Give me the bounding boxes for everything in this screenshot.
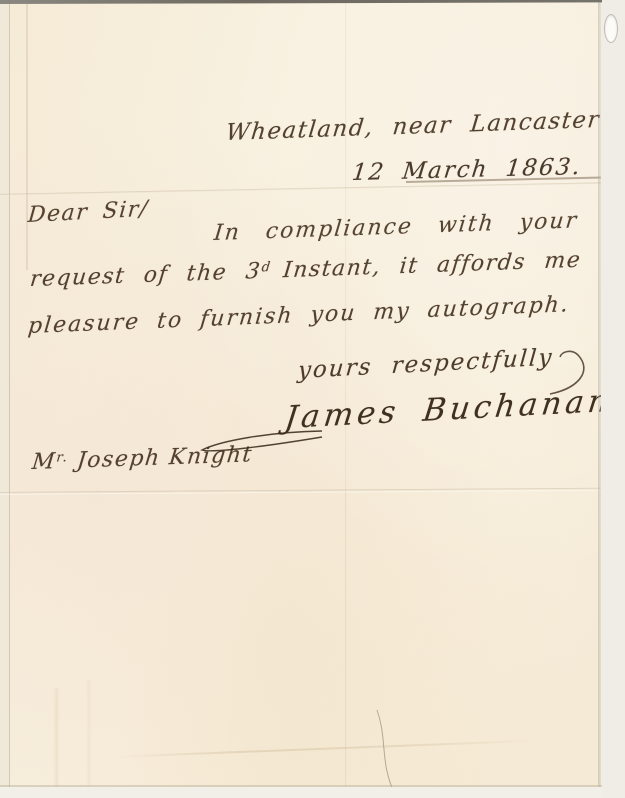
hair-crease: [377, 710, 396, 797]
body-line-2-pre: request of the 3: [29, 259, 263, 292]
scanner-backing-bottom: [0, 787, 602, 798]
fold-line-horizontal-1: [0, 182, 625, 196]
body-line-3: pleasure to furnish you my autograph.: [27, 292, 571, 339]
fold-line-vertical-bottom: [345, 492, 347, 798]
signature: James Buchanan: [283, 383, 614, 436]
paper-left-margin: [0, 0, 9, 798]
closing: yours respectfully: [297, 345, 555, 385]
paper-bottom-edge: [0, 785, 602, 787]
body-line-2: request of the 3dInstant, it affords me: [29, 248, 583, 292]
heading-date: 12 March 1863.: [351, 154, 584, 186]
diagonal-crease: [110, 739, 540, 757]
scan-top-edge: [0, 0, 602, 3]
body-line-1: In compliance with your: [213, 208, 580, 246]
ordinal-superscript: d: [261, 260, 273, 275]
recipient-superscript: r.: [56, 450, 70, 465]
fold-line-horizontal-2: [0, 487, 625, 494]
paper-left-edge: [9, 0, 10, 798]
bottom-left-streak-2: [88, 680, 90, 790]
recipient-line: Mr.Joseph Knight: [31, 442, 254, 475]
letter-scan: Wheatland, near Lancaster 12 March 1863.…: [0, 0, 625, 798]
heading-place: Wheatland, near Lancaster: [225, 107, 602, 146]
punch-hole: [604, 14, 618, 43]
left-crease: [26, 0, 28, 270]
salutation: Dear Sir/: [27, 197, 150, 228]
body-line-2-post: Instant, it affords me: [282, 248, 583, 284]
recipient-prefix: M: [31, 449, 58, 475]
bottom-left-streak-1: [55, 688, 58, 788]
recipient-name: Joseph Knight: [76, 442, 254, 473]
